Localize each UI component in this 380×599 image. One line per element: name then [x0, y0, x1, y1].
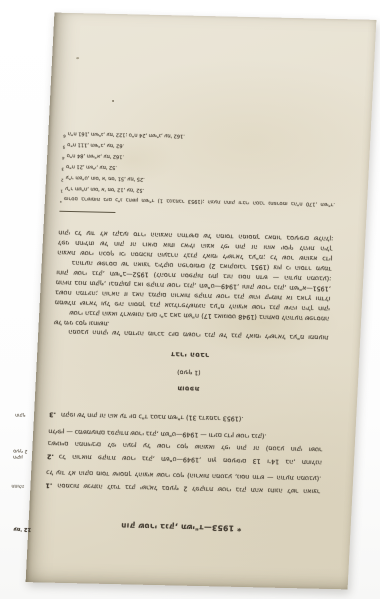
- page-ref: עמ' 12: [13, 526, 31, 532]
- footnote-marker: 6: [63, 134, 66, 139]
- law-section-2: תיקון סעיף 2 2.כל הוראות פקודת שטרי בנק,…: [47, 424, 324, 468]
- paragraph: שטרי הבנק הוצאו לראשונה ביום י"ב באב תש"…: [54, 267, 331, 323]
- footnote-rule: [59, 211, 115, 213]
- paragraph: בהודעה שפרסם שר האוצר בילקוט הפרסומים (2…: [57, 227, 334, 273]
- document-page: חוק שטרי בנק, תשי"ד—1953 * עמ' 12 תחולה …: [26, 13, 377, 590]
- section-number: 3.: [49, 407, 56, 420]
- page-content: חוק שטרי בנק, תשי"ד—1953 * עמ' 12 תחולה …: [26, 13, 377, 590]
- margin-note-line: תיקון: [13, 453, 45, 459]
- margin-note: תיקון סעיף 2: [13, 447, 46, 459]
- margin-note-line: סעיף 2: [13, 447, 45, 453]
- section-line: 3.תקפו של חוק זה הוא עד יום כ"ד בטבת תשי…: [49, 407, 325, 426]
- footnote-text: ע"ר תש"ח, תוס' א' מס' 12, עמ' 52.: [65, 185, 144, 193]
- margin-note-line: תוקף: [15, 411, 47, 417]
- margin-note: תחולה: [11, 482, 43, 488]
- law-section-1: תחולה 1.הסמכות שניתנה לנגיד בנק ישראל בס…: [45, 465, 321, 496]
- explanatory-paragraphs: המטבע החוקי של המדינה מורכב כיום משטרי ב…: [53, 227, 333, 342]
- footnote-marker: 5: [63, 145, 66, 150]
- heading-section-ref: (סעיף 1): [51, 366, 326, 379]
- heading-explanatory: דברי הסבר: [52, 348, 327, 362]
- law-title: חוק שטרי בנק, תשי"ד—1953 *: [121, 521, 242, 533]
- footnote-text: ע"ר תש"ט, תוס' א' מס' 51, עמ' 25.: [65, 174, 144, 182]
- photo-backdrop: { "document": { "title": "חוק שטרי בנק, …: [0, 0, 380, 599]
- section-text: הסמכות שניתנה לנגיד בנק ישראל בסעיף 2 לפ…: [57, 482, 320, 495]
- footnote-text: ס"ח 111, תשי"ב, עמ' 62.: [67, 141, 124, 148]
- section-text: תקפו של חוק זה הוא עד יום כ"ד בטבת תשי"ד…: [61, 411, 244, 422]
- footnote-marker: 3: [61, 166, 64, 171]
- section-number: 2.: [47, 449, 54, 462]
- margin-note-line: תחולה: [11, 482, 43, 488]
- footnote-marker: 4: [62, 155, 65, 160]
- footnote-text: ה"ח 161, תשי"ג, עמ' 122; ס"ח 24, תשי"ג, …: [68, 130, 185, 139]
- footnote-marker: 1: [60, 188, 63, 193]
- footnote-text: ס"ח 21, תש"י, עמ' 52.: [66, 163, 117, 170]
- footnote-text: ס"ח 84, תשי"א, עמ' 162.: [67, 152, 125, 159]
- section-text: כל הוראות פקודת שטרי בנק, תש"ט—1949, חוץ…: [59, 453, 322, 466]
- footnote-marker: *: [60, 199, 62, 204]
- law-section-3: תוקף 3.תקפו של חוק זה הוא עד יום כ"ד בטב…: [49, 407, 325, 426]
- section-number: 1.: [45, 478, 52, 491]
- footnote-marker: 2: [61, 177, 64, 182]
- title-row: חוק שטרי בנק, תשי"ד—1953 * עמ' 12: [43, 517, 319, 542]
- margin-note: תוקף: [15, 411, 47, 417]
- footnotes: *פורסם ברשומות ביום כ"ג בחשון תשי"ד (1 ב…: [60, 129, 339, 212]
- heading-supplement: תוספת: [50, 382, 325, 396]
